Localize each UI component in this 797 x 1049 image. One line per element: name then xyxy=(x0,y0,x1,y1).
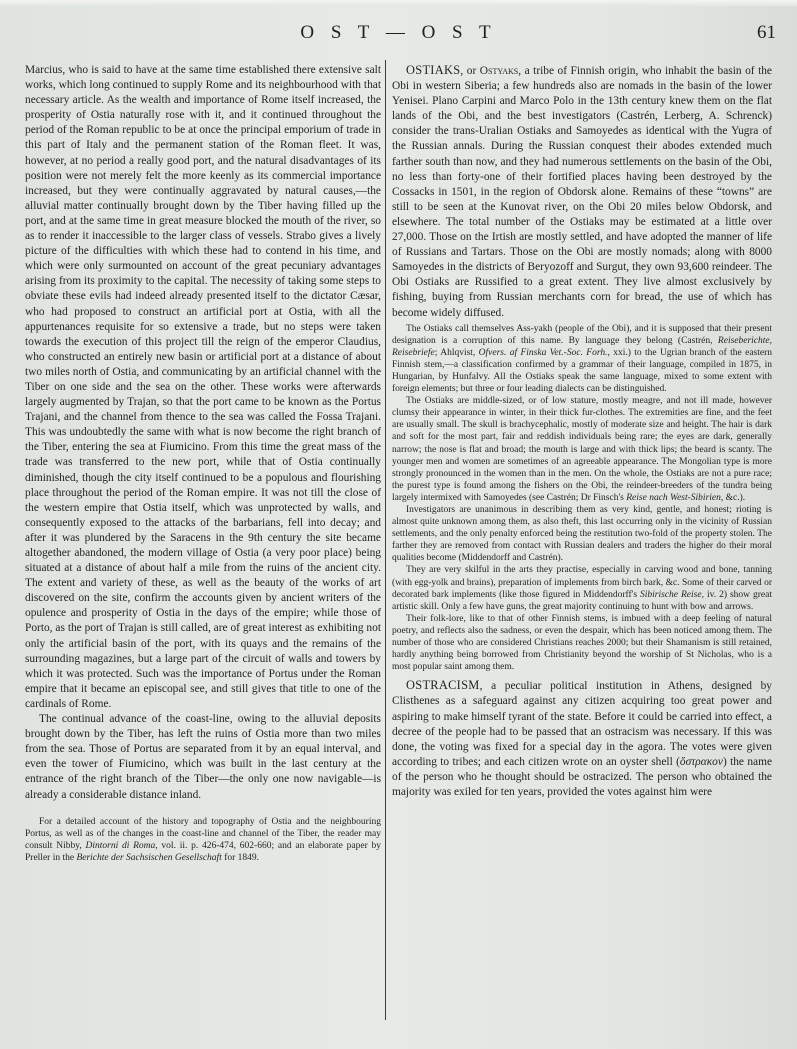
left-column: Marcius, who is said to have at the same… xyxy=(25,63,381,864)
ostia-continuation-paragraph: Marcius, who is said to have at the same… xyxy=(25,63,381,712)
ostiaks-language-paragraph: The Ostiaks call themselves Ass-yakh (pe… xyxy=(392,323,772,396)
bibliography-note: For a detailed account of the history an… xyxy=(25,816,381,864)
page-top-edge xyxy=(0,0,797,6)
coastline-paragraph: The continual advance of the coast-line,… xyxy=(25,712,381,803)
running-title: O S T — O S T xyxy=(0,22,797,44)
page-number: 61 xyxy=(757,22,776,44)
ostracism-entry: OSTRACISM, a peculiar political institut… xyxy=(392,678,772,800)
running-head: O S T — O S T 61 xyxy=(0,22,797,46)
right-column: OSTIAKS, or Ostyaks, a tribe of Finnish … xyxy=(392,63,772,800)
ostracism-headword: OSTRACISM xyxy=(406,678,480,692)
ostiaks-arts-paragraph: They are very skilful in the arts they p… xyxy=(392,564,772,612)
ostiaks-entry: OSTIAKS, or Ostyaks, a tribe of Finnish … xyxy=(392,63,772,321)
ostiaks-character-paragraph: Investigators are unanimous in describin… xyxy=(392,504,772,564)
ostiaks-physique-paragraph: The Ostiaks are middle-sized, or of low … xyxy=(392,395,772,504)
ostiaks-headword: OSTIAKS xyxy=(406,63,460,77)
greek-word: ὄστρακον xyxy=(680,756,723,768)
ostiaks-folklore-paragraph: Their folk-lore, like to that of other F… xyxy=(392,613,772,673)
column-divider xyxy=(385,60,386,1020)
